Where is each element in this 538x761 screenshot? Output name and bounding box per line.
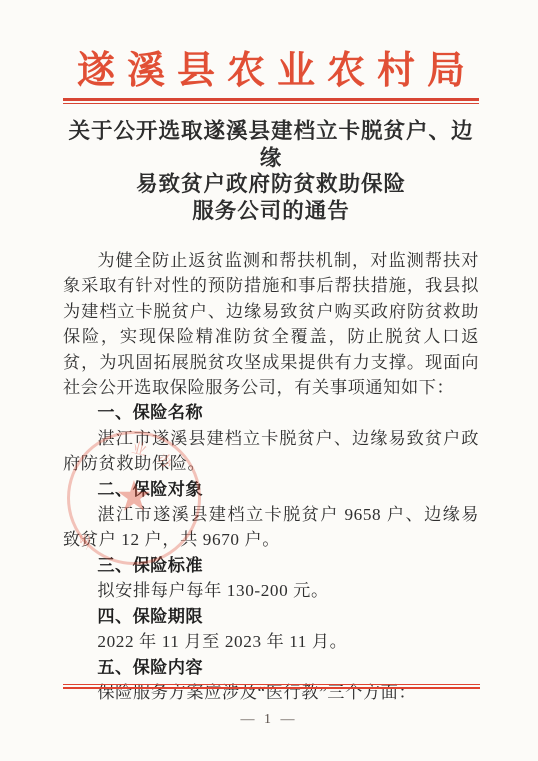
document-title-line-1: 关于公开选取遂溪县建档立卡脱贫户、边缘 bbox=[63, 118, 479, 171]
section-content-4: 2022 年 11 月至 2023 年 11 月。 bbox=[63, 629, 479, 654]
document-page: 遂溪县农业农村局 关于公开选取遂溪县建档立卡脱贫户、边缘 易致贫户政府防贫救助保… bbox=[0, 0, 538, 761]
document-title-line-2: 易致贫户政府防贫救助保险 bbox=[63, 171, 479, 198]
footer-rule bbox=[63, 684, 480, 689]
section-content-1: 湛江市遂溪县建档立卡脱贫户、边缘易致贫户政府防贫救助保险。 bbox=[63, 426, 479, 477]
document-title-line-3: 服务公司的通告 bbox=[63, 198, 479, 225]
section-heading-5: 五、保险内容 bbox=[63, 655, 479, 680]
section-content-3: 拟安排每户每年 130-200 元。 bbox=[63, 578, 479, 603]
section-heading-4: 四、保险期限 bbox=[63, 604, 479, 629]
document-body: 为健全防止返贫监测和帮扶机制，对监测帮扶对象采取有针对性的预防措施和事后帮扶措施… bbox=[63, 248, 479, 705]
document-title: 关于公开选取遂溪县建档立卡脱贫户、边缘 易致贫户政府防贫救助保险 服务公司的通告 bbox=[63, 118, 479, 224]
document-content: 遂溪县农业农村局 关于公开选取遂溪县建档立卡脱贫户、边缘 易致贫户政府防贫救助保… bbox=[0, 50, 538, 705]
page-number: — 1 — bbox=[0, 712, 538, 728]
section-heading-3: 三、保险标准 bbox=[63, 553, 479, 578]
section-heading-1: 一、保险名称 bbox=[63, 400, 479, 425]
intro-paragraph: 为健全防止返贫监测和帮扶机制，对监测帮扶对象采取有针对性的预防措施和事后帮扶措施… bbox=[63, 248, 479, 400]
letterhead: 遂溪县农业农村局 bbox=[63, 50, 479, 104]
org-name-title: 遂溪县农业农村局 bbox=[63, 50, 479, 92]
section-heading-2: 二、保险对象 bbox=[63, 477, 479, 502]
section-content-2: 湛江市遂溪县建档立卡脱贫户 9658 户、边缘易致贫户 12 户，共 9670 … bbox=[63, 502, 479, 553]
letterhead-rule bbox=[63, 98, 479, 104]
